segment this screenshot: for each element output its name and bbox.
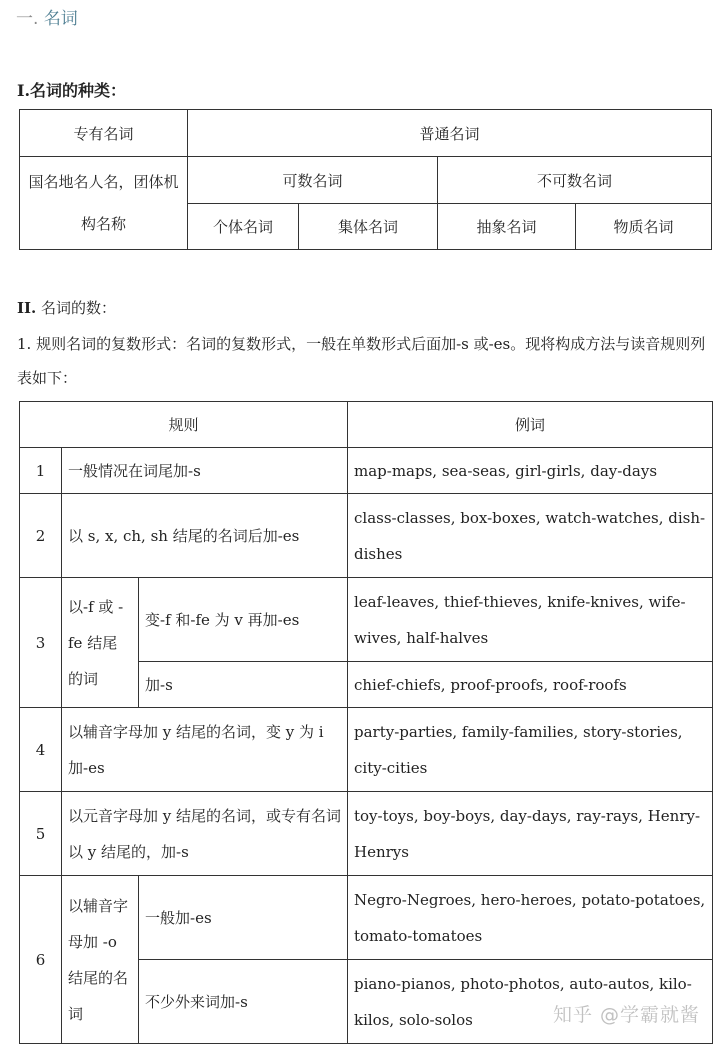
examples-cell: party-parties, family-families, story-st… <box>348 708 713 792</box>
cell-individual: 个体名词 <box>188 204 299 250</box>
cell-countable: 可数名词 <box>188 157 438 204</box>
section-title-text: 名词 <box>44 9 78 29</box>
row-number: 2 <box>20 494 62 578</box>
group-cell: 以-f 或 -fe 结尾的词 <box>62 578 139 708</box>
rule-cell: 一般情况在词尾加-s <box>62 448 348 494</box>
rule-cell: 加-s <box>139 662 348 708</box>
table-row: 6 以辅音字母加 -o 结尾的名词 一般加-es Negro-Negroes, … <box>20 876 713 960</box>
cell-common-noun: 普通名词 <box>188 110 712 157</box>
rule-cell: 以 s, x, ch, sh 结尾的名词后加-es <box>62 494 348 578</box>
plural-rules-table: 规则 例词 1 一般情况在词尾加-s map-maps, sea-seas, g… <box>19 401 713 1044</box>
cell-collective: 集体名词 <box>299 204 438 250</box>
intro-paragraph: 1. 规则名词的复数形式：名词的复数形式，一般在单数形式后面加-s 或-es。现… <box>17 327 717 395</box>
rule-cell: 变-f 和-fe 为 v 再加-es <box>139 578 348 662</box>
table-row: 4 以辅音字母加 y 结尾的名词，变 y 为 i 加-es party-part… <box>20 708 713 792</box>
examples-cell: toy-toys, boy-boys, day-days, ray-rays, … <box>348 792 713 876</box>
cell-proper-noun: 专有名词 <box>20 110 188 157</box>
cell-uncountable: 不可数名词 <box>438 157 712 204</box>
examples-cell: chief-chiefs, proof-proofs, roof-roofs <box>348 662 713 708</box>
rule-cell: 以辅音字母加 y 结尾的名词，变 y 为 i 加-es <box>62 708 348 792</box>
table-row: 5 以元音字母加 y 结尾的名词，或专有名词以 y 结尾的，加-s toy-to… <box>20 792 713 876</box>
row-number: 4 <box>20 708 62 792</box>
examples-cell: class-classes, box-boxes, watch-watches,… <box>348 494 713 578</box>
section-title: 一. 名词 <box>16 4 78 29</box>
section-number: 一. <box>16 9 38 29</box>
noun-types-table: 专有名词 普通名词 国名地名人名，团体机构名称 可数名词 不可数名词 个体名词 … <box>19 109 712 250</box>
cell-abstract: 抽象名词 <box>438 204 576 250</box>
row-number: 5 <box>20 792 62 876</box>
table-row: 1 一般情况在词尾加-s map-maps, sea-seas, girl-gi… <box>20 448 713 494</box>
heading-number: II. <box>17 299 36 317</box>
rule-cell: 不少外来词加-s <box>139 960 348 1044</box>
rule-cell: 一般加-es <box>139 876 348 960</box>
heading-noun-types: I.名词的种类： <box>17 78 126 101</box>
cell-proper-desc: 国名地名人名，团体机构名称 <box>20 157 188 250</box>
row-number: 3 <box>20 578 62 708</box>
watermark: 知乎 @学霸就酱 <box>553 1000 700 1027</box>
table-row: 3 以-f 或 -fe 结尾的词 变-f 和-fe 为 v 再加-es leaf… <box>20 578 713 662</box>
examples-cell: map-maps, sea-seas, girl-girls, day-days <box>348 448 713 494</box>
examples-cell: Negro-Negroes, hero-heroes, potato-potat… <box>348 876 713 960</box>
header-rule: 规则 <box>20 402 348 448</box>
examples-cell: leaf-leaves, thief-thieves, knife-knives… <box>348 578 713 662</box>
header-examples: 例词 <box>348 402 713 448</box>
heading-noun-number: II. 名词的数： <box>17 297 116 318</box>
heading-text: 名词的数： <box>36 299 116 317</box>
table-row: 2 以 s, x, ch, sh 结尾的名词后加-es class-classe… <box>20 494 713 578</box>
row-number: 1 <box>20 448 62 494</box>
rule-cell: 以元音字母加 y 结尾的名词，或专有名词以 y 结尾的，加-s <box>62 792 348 876</box>
group-cell: 以辅音字母加 -o 结尾的名词 <box>62 876 139 1044</box>
cell-material: 物质名词 <box>576 204 712 250</box>
row-number: 6 <box>20 876 62 1044</box>
